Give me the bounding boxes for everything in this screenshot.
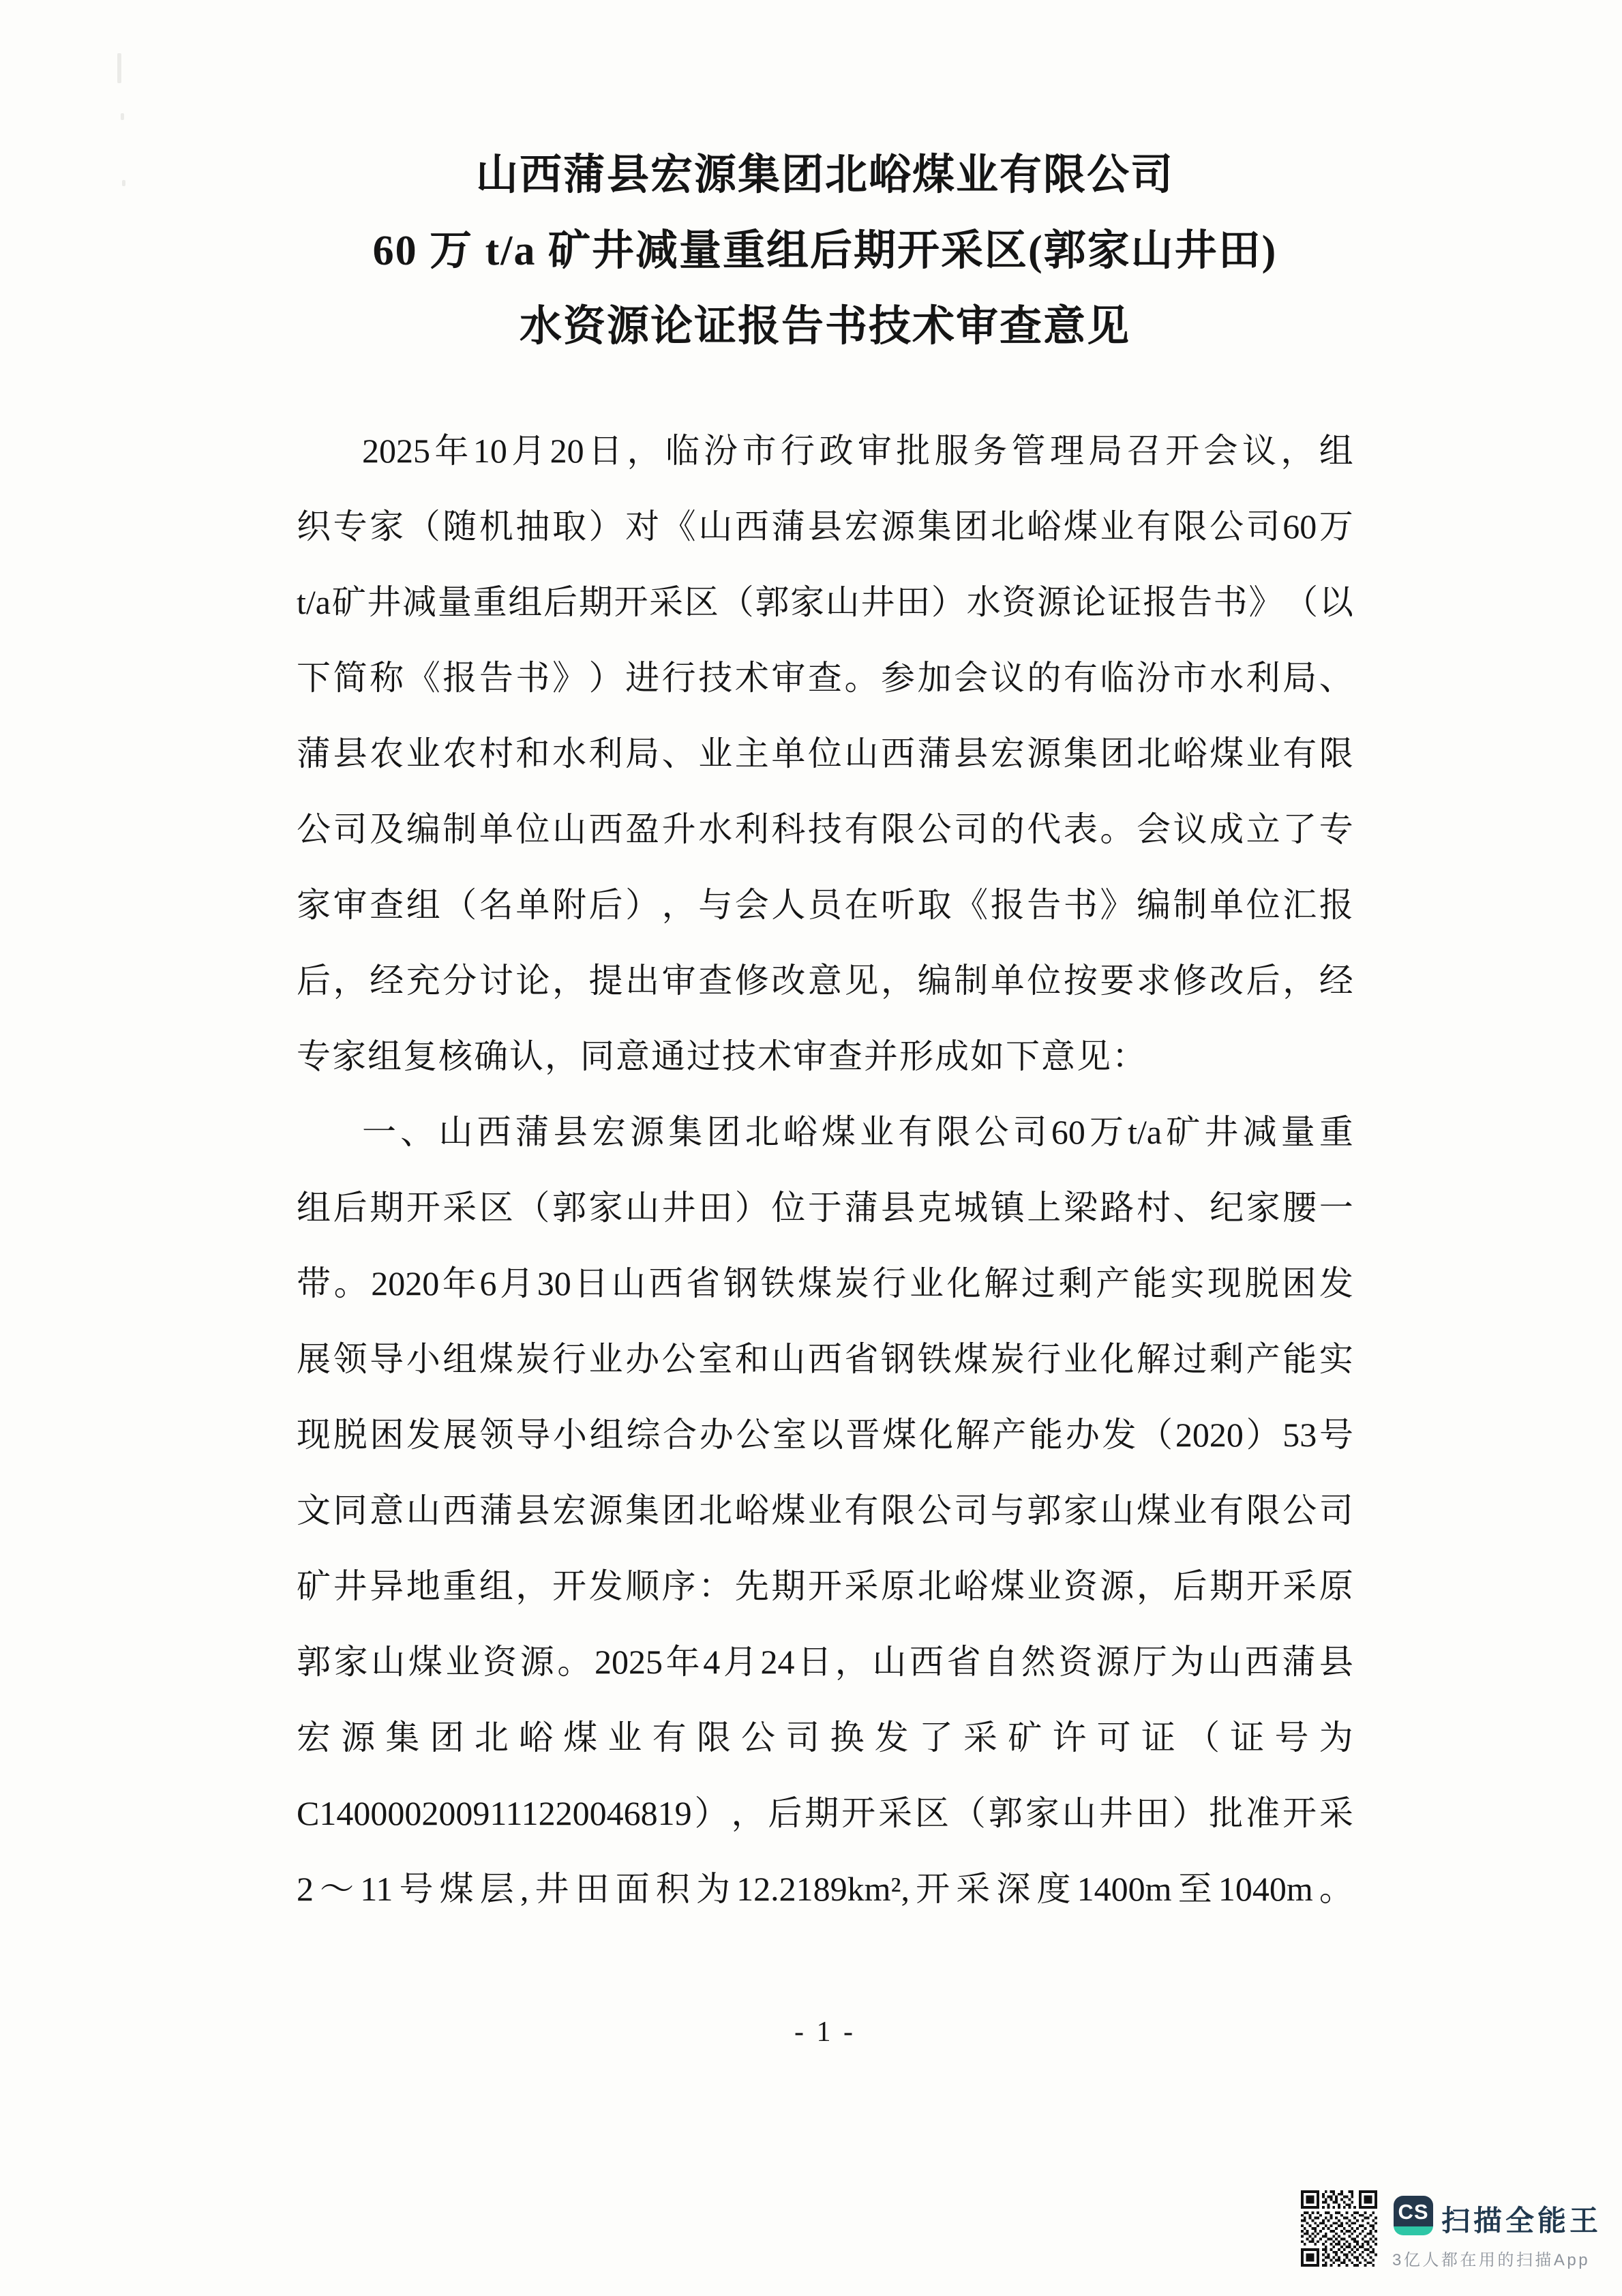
title-line-1: 山西蒲县宏源集团北峪煤业有限公司 [297, 138, 1353, 213]
scanner-branding: CS 扫描全能王 3亿人都在用的扫描App [1301, 2188, 1601, 2271]
document-title: 山西蒲县宏源集团北峪煤业有限公司 60 万 t/a 矿井减量重组后期开采区(郭家… [297, 138, 1353, 365]
body-line: 2～11号煤层,井田面积为12.2189km²,开采深度1400m至1040m。 [297, 1851, 1353, 1927]
scan-artifact [121, 113, 124, 120]
body-line: 公司及编制单位山西盈升水利科技有限公司的代表。会议成立了专 [297, 792, 1353, 867]
body-line: 后，经充分讨论，提出审查修改意见，编制单位按要求修改后，经 [297, 943, 1353, 1019]
body-line: 矿井异地重组，开发顺序：先期开采原北峪煤业资源，后期开采原 [297, 1549, 1353, 1624]
body-line: 组后期开采区（郭家山井田）位于蒲县克城镇上梁路村、纪家腰一 [297, 1170, 1353, 1246]
title-line-3: 水资源论证报告书技术审查意见 [297, 289, 1353, 365]
body-line: 宏源集团北峪煤业有限公司换发了采矿许可证（证号为 [297, 1700, 1353, 1776]
body-line: C1400002009111220046819），后期开采区（郭家山井田）批准开… [297, 1776, 1353, 1851]
camscanner-logo-icon: CS [1394, 2196, 1433, 2235]
body-line: 下简称《报告书》）进行技术审查。参加会议的有临汾市水利局、 [297, 640, 1353, 716]
scan-artifact [117, 53, 121, 83]
body-line: 蒲县农业农村和水利局、业主单位山西蒲县宏源集团北峪煤业有限 [297, 716, 1353, 792]
body-line: 带。2020年6月30日山西省钢铁煤炭行业化解过剩产能实现脱困发 [297, 1246, 1353, 1322]
body-line: 2025年10月20日，临汾市行政审批服务管理局召开会议，组 [297, 413, 1353, 489]
page-number: - 1 - [297, 2012, 1353, 2053]
body-line: 文同意山西蒲县宏源集团北峪煤业有限公司与郭家山煤业有限公司 [297, 1473, 1353, 1549]
camscanner-app-name: 扫描全能王 [1441, 2198, 1602, 2239]
body-line: t/a矿井减量重组后期开采区（郭家山井田）水资源论证报告书》（以 [297, 565, 1353, 640]
body-line: 展领导小组煤炭行业办公室和山西省钢铁煤炭行业化解过剩产能实 [297, 1322, 1353, 1397]
body-line: 家审查组（名单附后），与会人员在听取《报告书》编制单位汇报 [297, 867, 1353, 943]
document-body: 2025年10月20日，临汾市行政审批服务管理局召开会议，组 织专家（随机抽取）… [297, 413, 1353, 1927]
body-line: 织专家（随机抽取）对《山西蒲县宏源集团北峪煤业有限公司60万 [297, 489, 1353, 565]
camscanner-tagline: 3亿人都在用的扫描App [1392, 2246, 1590, 2270]
body-line: 郭家山煤业资源。2025年4月24日，山西省自然资源厅为山西蒲县 [297, 1624, 1353, 1700]
scanned-document-page: 山西蒲县宏源集团北峪煤业有限公司 60 万 t/a 矿井减量重组后期开采区(郭家… [0, 0, 1622, 2296]
title-line-2: 60 万 t/a 矿井减量重组后期开采区(郭家山井田) [297, 213, 1353, 289]
scan-artifact [122, 180, 125, 186]
body-line: 一、山西蒲县宏源集团北峪煤业有限公司60万t/a矿井减量重 [297, 1094, 1353, 1170]
qr-code-icon [1301, 2190, 1377, 2267]
camscanner-logo-letters: CS [1398, 2200, 1428, 2224]
body-line: 专家组复核确认，同意通过技术审查并形成如下意见： [297, 1019, 1353, 1094]
body-line: 现脱困发展领导小组综合办公室以晋煤化解产能办发（2020）53号 [297, 1397, 1353, 1473]
